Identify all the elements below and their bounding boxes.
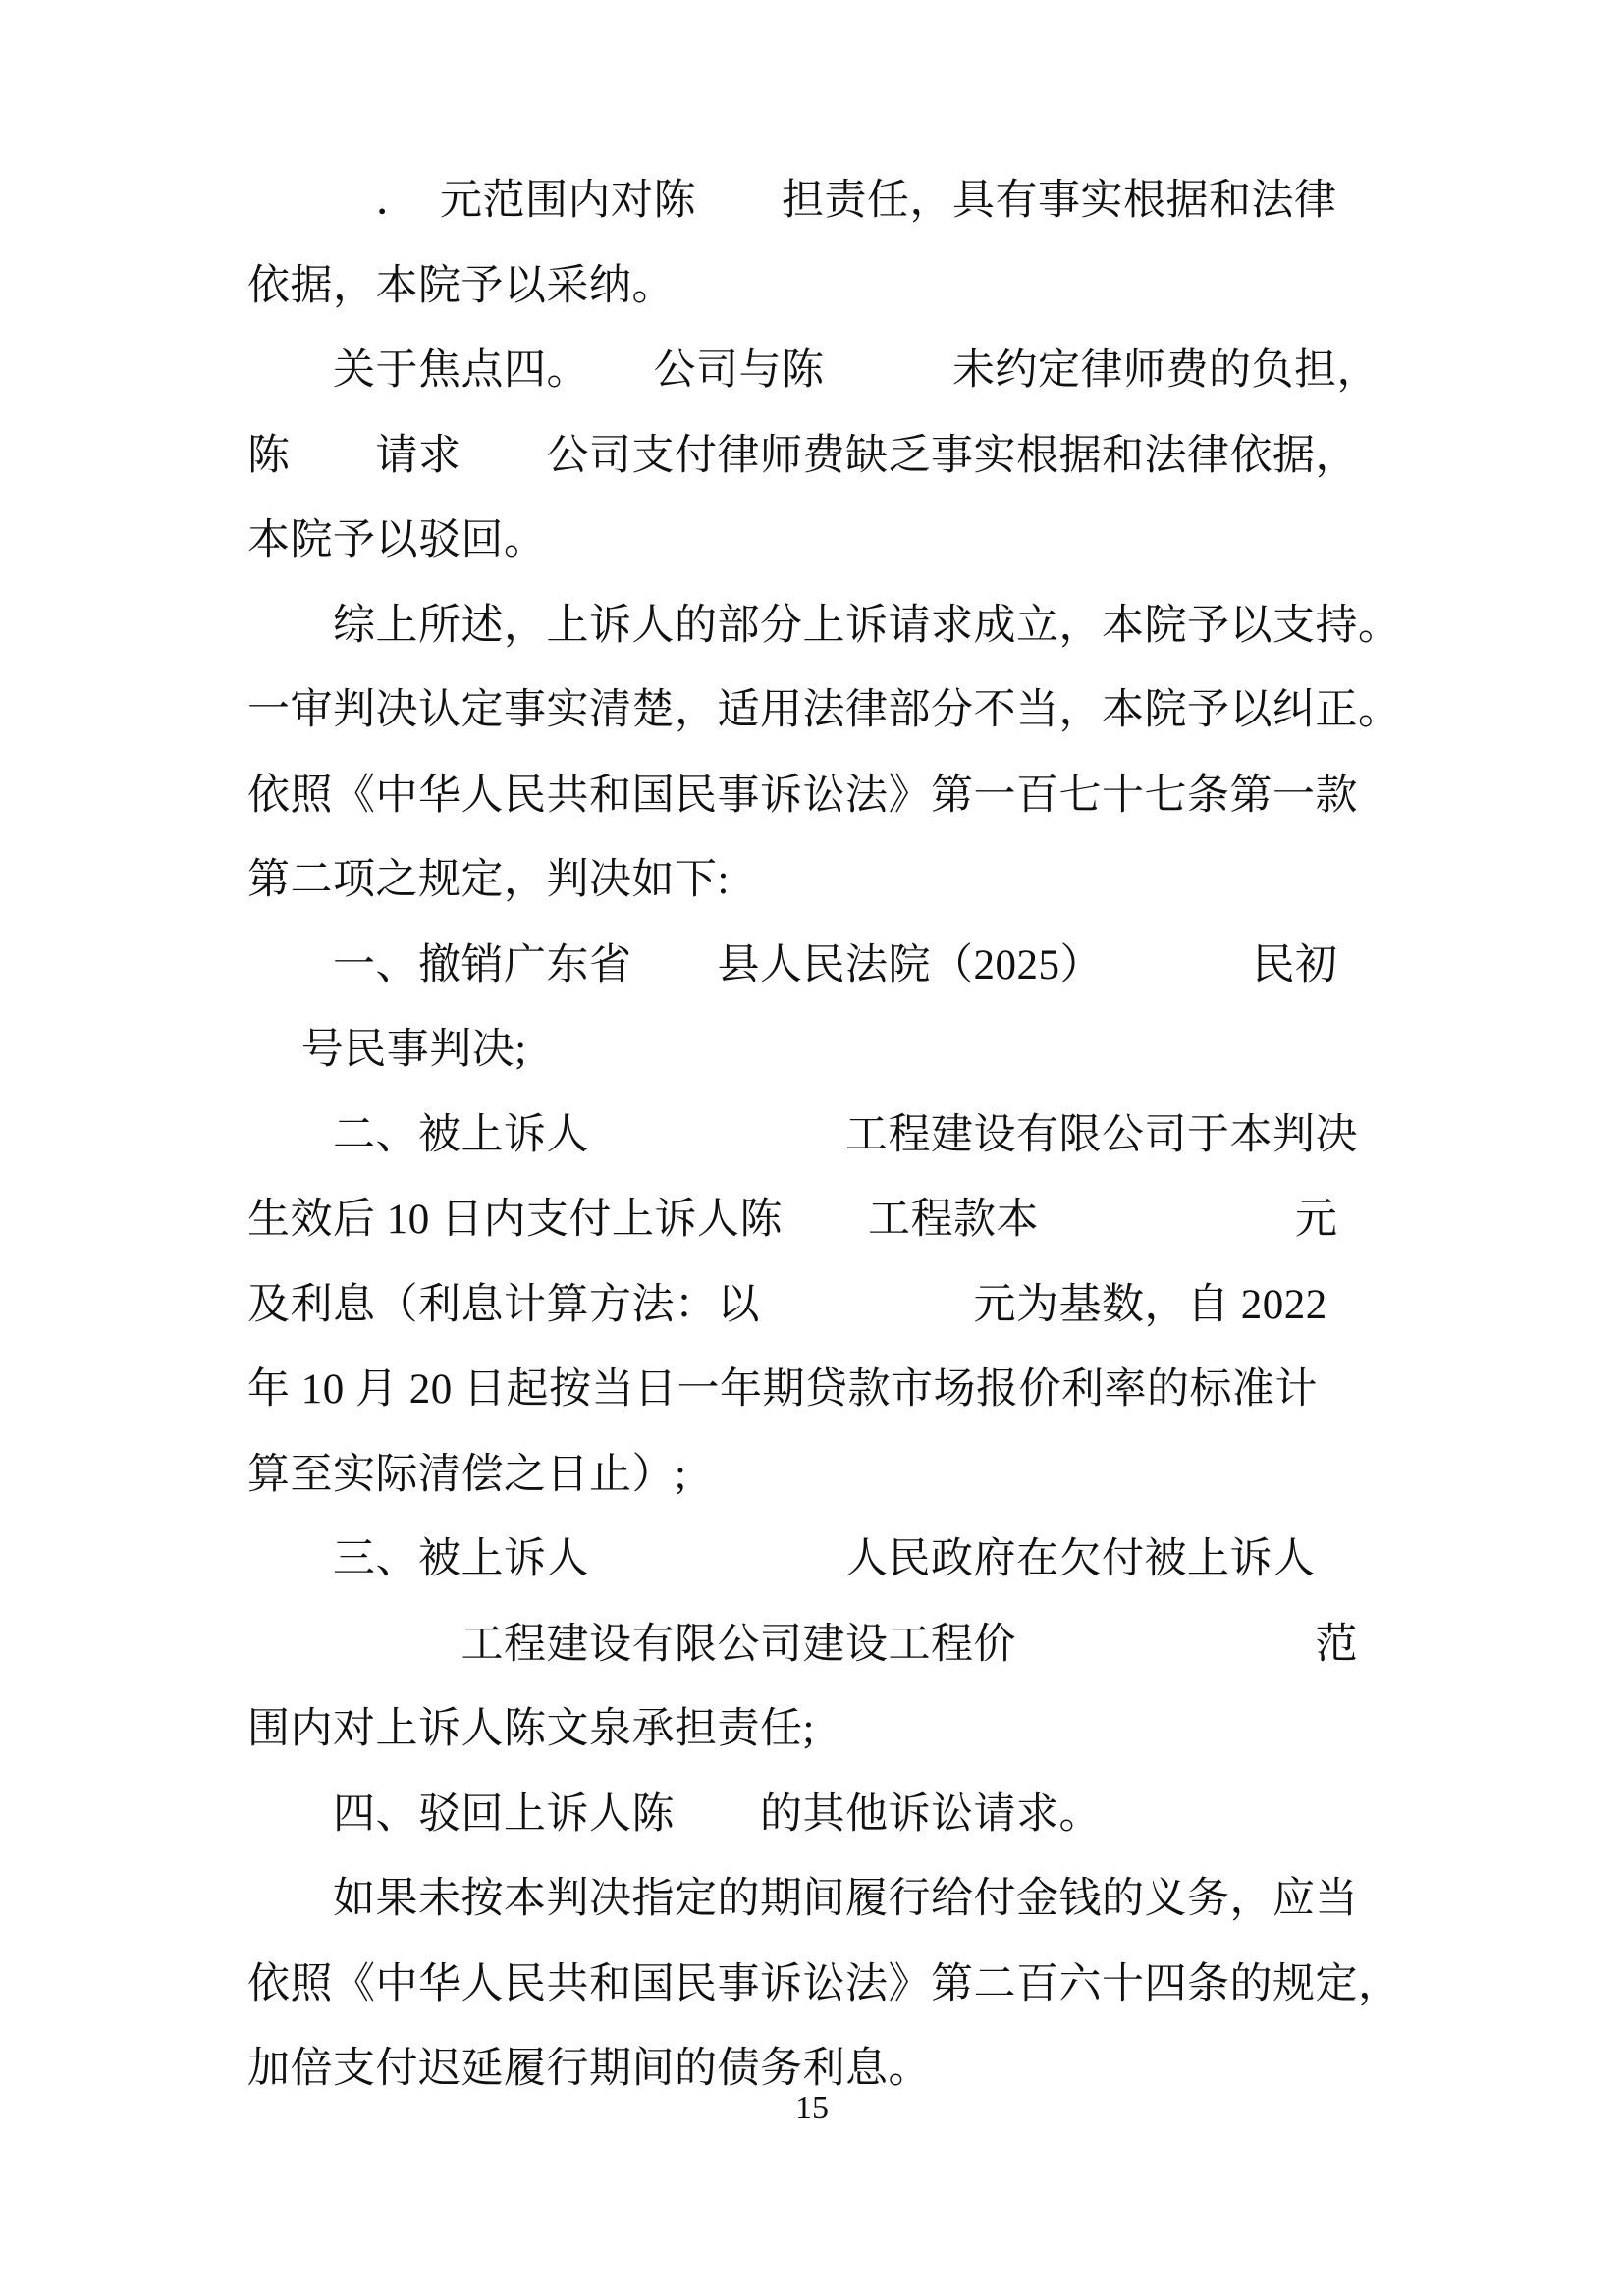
document-line: 依据，本院予以采纳。 [247,244,1435,330]
document-line: 依照《中华人民共和国民事诉讼法》第二百六十四条的规定， [247,1943,1435,2028]
document-line: 一审判决认定事实清楚，适用法律部分不当，本院予以纠正。 [247,668,1435,754]
document-line: 三、被上诉人 人民政府在欠付被上诉人 [247,1518,1435,1603]
page-number: 15 [0,2089,1624,2128]
document-line: ． 元范围内对陈 担责任，具有事实根据和法律 [247,159,1435,244]
document-page: ． 元范围内对陈 担责任，具有事实根据和法律 依据，本院予以采纳。 关于焦点四。… [0,0,1624,2296]
document-line: 工程建设有限公司建设工程价 范 [247,1603,1435,1688]
judgment-text-body: ． 元范围内对陈 担责任，具有事实根据和法律 依据，本院予以采纳。 关于焦点四。… [247,159,1435,2112]
document-line: 及利息（利息计算方法：以 元为基数，自 2022 [247,1263,1435,1349]
document-line: 一、撤销广东省 县人民法院（2025） 民初 [247,924,1435,1009]
document-line: 生效后 10 日内支付上诉人陈 工程款本 元 [247,1178,1435,1263]
document-line: 号民事判决; [247,1008,1435,1094]
document-line: 陈 请求 公司支付律师费缺乏事实根据和法律依据， [247,414,1435,500]
document-line: 关于焦点四。 公司与陈 未约定律师费的负担， [247,329,1435,414]
document-line: 第二项之规定，判决如下: [247,838,1435,924]
document-line: 如果未按本判决指定的期间履行给付金钱的义务，应当 [247,1857,1435,1943]
document-line: 综上所述，上诉人的部分上诉请求成立，本院予以支持。 [247,584,1435,669]
document-line: 四、驳回上诉人陈 的其他诉讼请求。 [247,1773,1435,1858]
document-line: 算至实际清偿之日止）; [247,1433,1435,1519]
document-line: 围内对上诉人陈文泉承担责任; [247,1687,1435,1773]
document-line: 二、被上诉人 工程建设有限公司于本判决 [247,1094,1435,1179]
document-line: 年 10 月 20 日起按当日一年期贷款市场报价利率的标准计 [247,1348,1435,1433]
document-line: 本院予以驳回。 [247,499,1435,584]
document-line: 依照《中华人民共和国民事诉讼法》第一百七十七条第一款 [247,754,1435,839]
